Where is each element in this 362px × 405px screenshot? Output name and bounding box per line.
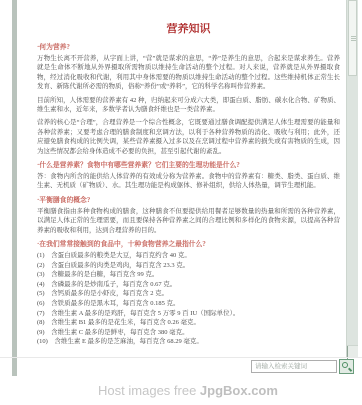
list-item: (5) 含钙质最多的是小虾皮，每百克含 2 克。	[37, 289, 340, 299]
page-left-border	[12, 0, 17, 376]
list-item: (3) 含糖最多的是白糖，每百克含 99 克。	[37, 270, 340, 280]
section-heading-top-ten-foods: ·在我们常常接触到的食品中，十种食物营养之最指什么?	[37, 240, 340, 249]
watermark-text: Host images free	[98, 383, 200, 398]
section-heading-what-are-nutrients: ·什么是营养素？食物中有哪些营养素？它们主要的生理功能是什么?	[37, 161, 340, 170]
scrollbar-thumb[interactable]	[348, 0, 357, 76]
list-item: (1) 含蛋白质最多的粮类是大豆，每百克约含 40 克。	[37, 251, 340, 261]
section-heading-what-is-nutrition: ·何为营养?	[37, 43, 340, 52]
scrollbar-grip-icon	[351, 36, 356, 42]
paragraph: 营养的核心是“合理”，合理营养是一个综合性概念，它既要通过膳食调配提供满足人体生…	[37, 118, 340, 156]
search-button[interactable]	[339, 359, 354, 374]
paragraph: 答：食物内所含的能供给人体营养的有效成分称为营养素。食物中的营养素有：糖类、脂类…	[37, 172, 340, 191]
paragraph: 目前所知，人体需要的营养素有 42 种，归纳起来可分成六大类，即蛋白质、脂肪、碳…	[37, 96, 340, 115]
watermark: Host images free JpgBox.com	[0, 383, 362, 398]
list-item: (2) 含蛋白质最多的肉类是鸡肉，每百克含 23.3 克。	[37, 261, 340, 271]
list-item: (10) 含维生素 E 最多的是芝麻油，每百克含 68.29 毫克。	[37, 337, 340, 347]
footer-divider	[0, 357, 362, 358]
paragraph: 万物生长离不开营养，从字面上讲，“营”就是谋求的意思，“养”是养生的意思，合起来…	[37, 54, 340, 92]
search-input[interactable]	[251, 360, 337, 373]
scroll-down-button[interactable]	[347, 345, 358, 357]
list-item: (7) 含维生素 A 最多的是鸡肝，每百克含 5 万零 9 百 IU（国际单位）…	[37, 309, 340, 319]
list-item: (8) 含维生素 B1 最多的是花生米，每百克含 0.26 毫克。	[37, 318, 340, 328]
list-item: (6) 含铁质最多的是黑木耳，每百克含 0.185 克。	[37, 299, 340, 309]
section-heading-balanced-diet: ·平衡膳食的概念?	[37, 196, 340, 205]
search-bar	[251, 359, 354, 374]
watermark-brand: JpgBox.com	[200, 383, 278, 398]
paragraph: 平衡膳食指由多种食物构成的膳食，这种膳食不但要提供给用餐者足够数量的热量和所需的…	[37, 207, 340, 235]
list-item: (4) 含磷最多的是炒南瓜子，每百克含 0.67 克。	[37, 280, 340, 290]
list-item: (9) 含维生素 C 最多的是鲜枣，每百克含 380 毫克。	[37, 328, 340, 338]
vertical-scrollbar[interactable]	[346, 0, 358, 357]
document-body: 营养知识 ·何为营养? 万物生长离不开营养，从字面上讲，“营”就是谋求的意思，“…	[37, 23, 340, 356]
page-title: 营养知识	[37, 23, 340, 36]
search-icon	[342, 362, 351, 371]
